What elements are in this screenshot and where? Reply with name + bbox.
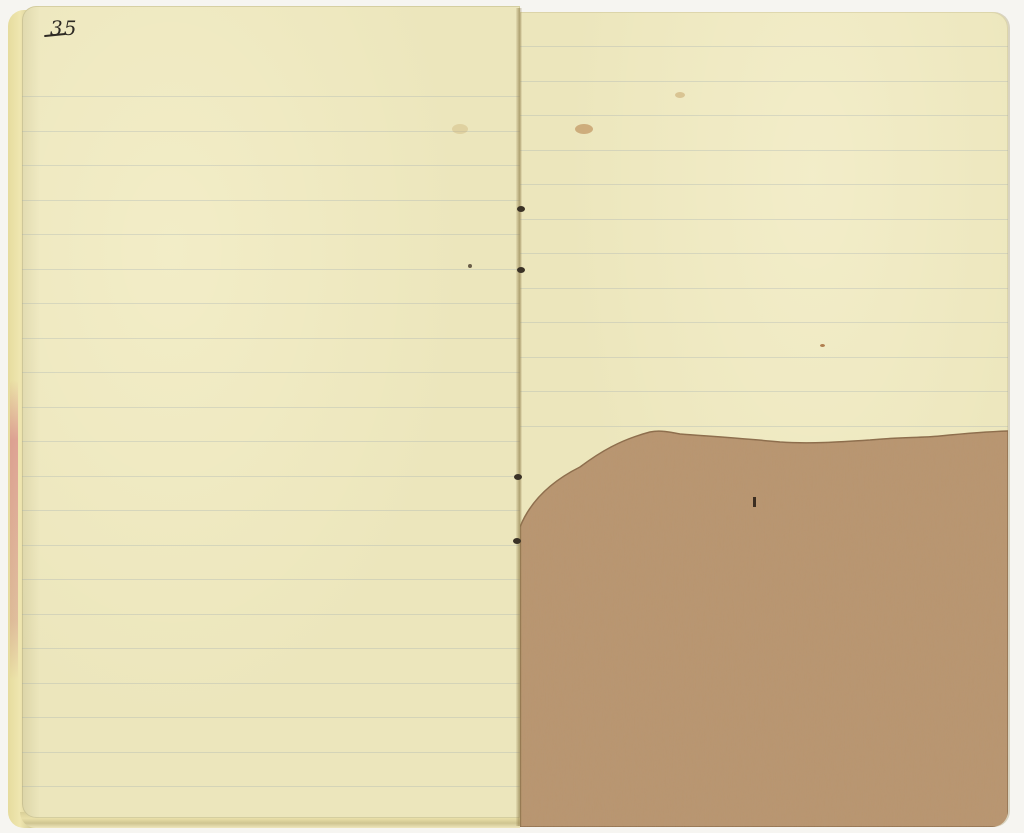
page-number: 35 [50,16,77,40]
ruled-line [22,441,520,442]
ruled-line [22,407,520,408]
ruled-line [22,545,520,546]
ruled-line [22,476,520,477]
stitch-hole [517,206,525,212]
ruled-line [22,648,520,649]
ruled-line [22,752,520,753]
ruled-line [22,269,520,270]
ruled-line [22,303,520,304]
ruled-line [22,579,520,580]
ruled-line [22,96,520,97]
ruled-line [22,614,520,615]
ruled-line [22,338,520,339]
stitch-hole [514,474,522,480]
left-page [22,6,520,818]
right-page [520,12,1008,827]
red-edge-stain [10,380,18,680]
stain-spot [452,124,468,134]
ruled-line [22,786,520,787]
ruled-line [22,372,520,373]
ruled-line [22,165,520,166]
stitch-hole [513,538,521,544]
ruled-line [22,131,520,132]
ruled-line [22,683,520,684]
ruled-line [22,200,520,201]
spine-gutter [516,8,522,826]
ruled-line [22,717,520,718]
ruled-line [22,234,520,235]
ink-dot [468,264,472,268]
ruled-line [22,510,520,511]
stitch-hole [517,267,525,273]
torn-backing-board [520,12,1008,827]
